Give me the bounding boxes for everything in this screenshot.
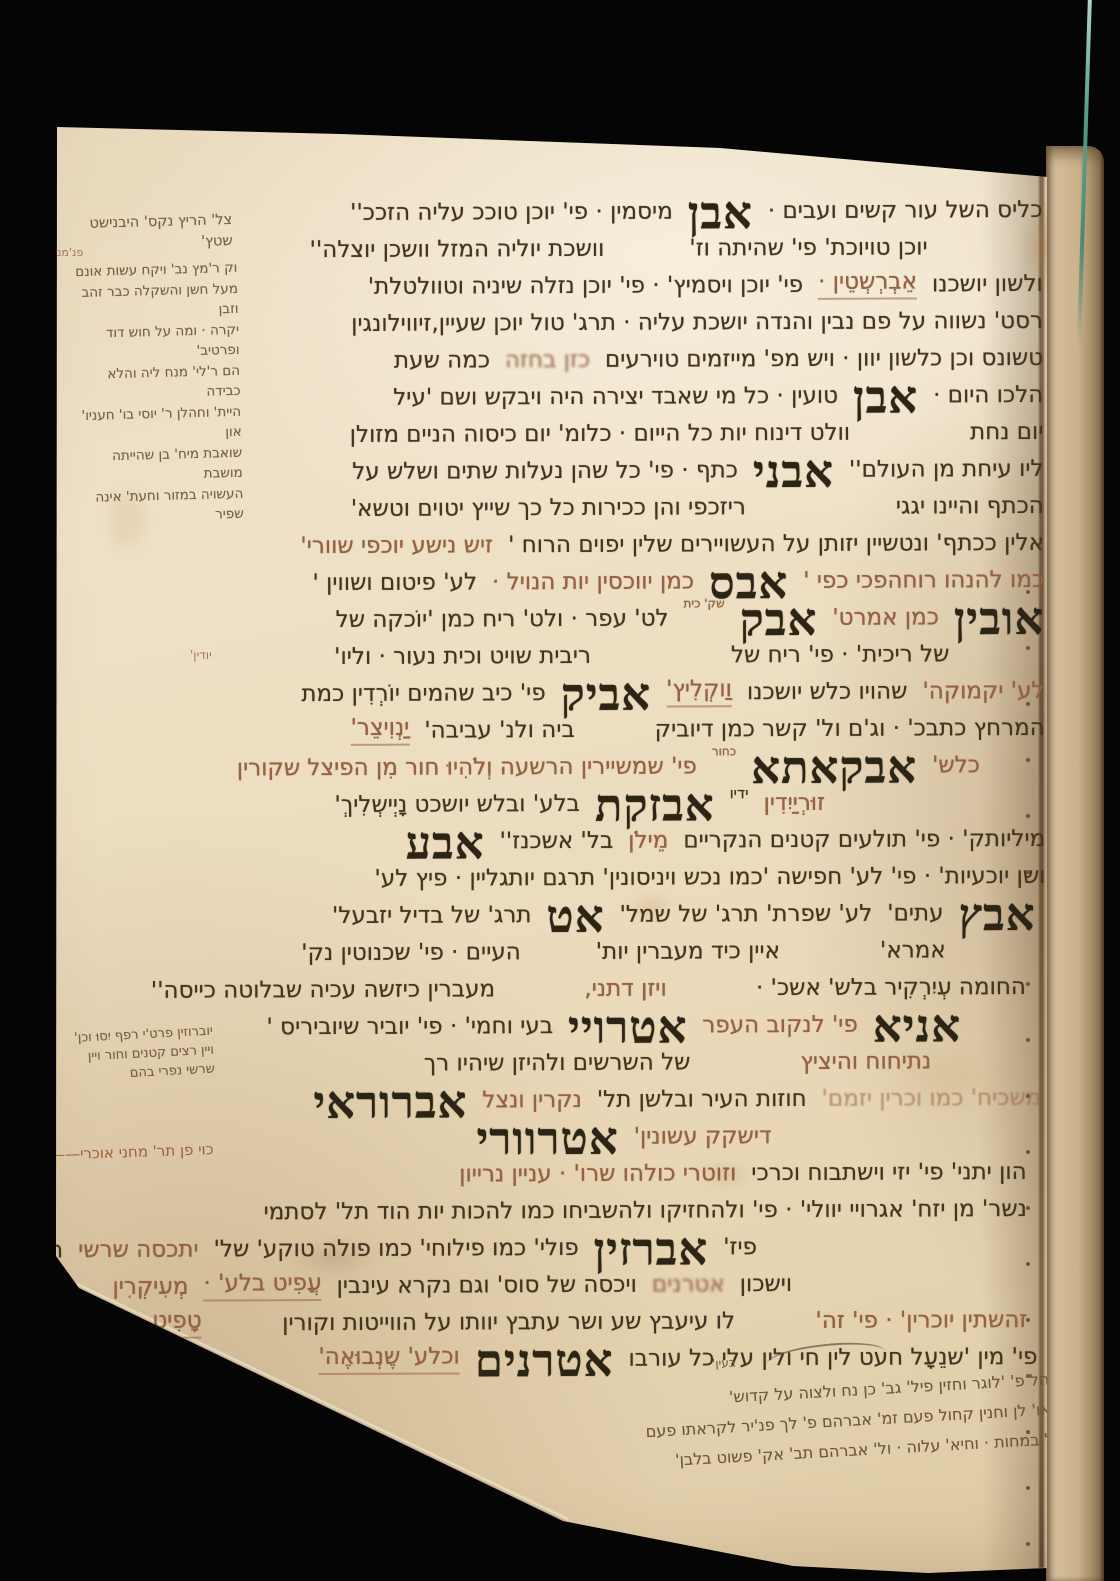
text-segment: כתף · פי' כל שהן נעלות שתים ושלש על — [352, 456, 738, 487]
text-segment: אֵבְרְשְטֵין · — [818, 267, 917, 299]
text-line: נתיחוח והיציץשל השרשים ולהיזן שיהיו רך — [424, 1045, 931, 1078]
text-segment: העיים · פי' שכנוטין נק' — [301, 938, 521, 968]
text-segment: ביה ולנ' עביבה' — [424, 716, 575, 746]
text-segment: כליס השל עור קשים ועבים · — [768, 196, 1043, 226]
text-segment: לע' שפרת' תרג' של שמל' — [619, 900, 872, 930]
text-segment: יום נחת — [970, 418, 1043, 447]
text-segment: לע' יקמוקה' — [922, 677, 1044, 707]
text-line: יום נחתוולט דינוח יות כל הייום · כלומ' י… — [350, 416, 1044, 450]
headword: אברוראי — [313, 1088, 467, 1116]
text-segment: וושכת יוליה המזל וושכן יוצלה'' — [310, 235, 605, 265]
text-segment: כלש' — [932, 751, 980, 780]
text-segment: מעברין כיזשה עכיה שבלוטה כייסה'' — [151, 975, 495, 1006]
text-segment: טָפִיט — [152, 1307, 201, 1339]
book-page-edges — [1046, 146, 1104, 1581]
headword: אבע — [405, 829, 484, 856]
text-segment: זהשתין יוכרין' · פי' זה' — [815, 1306, 1027, 1336]
interlinear-mark: יודין' — [190, 648, 212, 662]
headword: אבזקת — [595, 791, 715, 819]
headword: אבן — [688, 199, 753, 226]
text-segment: פולי' כמו פילוחי' כמו פולה טוקע' של' — [214, 1234, 579, 1265]
text-segment: ויזן דתני, — [584, 975, 666, 1004]
text-segment: יַנְוִיצֵר' — [351, 714, 410, 746]
headword: אטרויי — [568, 1013, 687, 1041]
text-segment: טשונס וכן כלשון יוון · ויש מפ' מייזמים ט… — [605, 344, 1043, 375]
text-segment: הון יתני' פי' יזי וישתבוח וכרכי — [751, 1158, 1026, 1188]
text-segment: ליו עיחת מן העולם'' — [849, 455, 1044, 485]
text-line: וישכוןאטרניםויכסה של סוס' וגם נקרא עינבי… — [157, 1268, 792, 1302]
text-segment: לע' פיטום ושווין ' — [312, 568, 477, 598]
headword: אט — [546, 903, 604, 930]
text-line: ושן יוכעיות' · פי' לע' חפישה 'כמו נכש וי… — [374, 860, 1045, 894]
headword: אובין — [954, 605, 1044, 632]
text-line: המרחץ כתבכ' · וג'ם ול' קשר כמן דיוביקביה… — [351, 712, 1045, 746]
text-segment: מיסמין · פי' יוכן טוככ עליה הזככ'' — [350, 198, 673, 228]
text-line: משכיח' כמו וכרין יזמם'חוזות העיר ובלשן ת… — [313, 1082, 1041, 1116]
note-line: הם ר'לי' מנח ליה והלא כבידה — [72, 360, 241, 405]
text-segment: הלכו היום · — [933, 381, 1043, 410]
manuscript-scan: 113 כליס השל עור קשים ועבים ·אבןמיסמין ·… — [0, 0, 1120, 1581]
text-segment: טועין · כל מי שאבד יצירה היה ויבקש ושם '… — [393, 382, 838, 413]
text-segment: נתיחוח והיציץ — [800, 1047, 931, 1077]
text-segment: וכלע' שֶנְבוּאֶה' — [318, 1342, 459, 1375]
note-line: מעל חשן והשקלה כבר זהב וזבן — [70, 278, 239, 323]
folio-number-pencil: 113 — [66, 75, 162, 132]
text-segment: ריבית שויט וכית נעור · וליו' — [334, 642, 591, 672]
text-segment: כמן יווכסין יות הנויל · — [492, 567, 694, 597]
text-segment: זוּרְיַיִדִין — [764, 789, 826, 818]
text-segment: דישקק עשונין' — [634, 1122, 772, 1152]
superscript-note: כחור — [712, 737, 736, 766]
text-segment: אטרנים — [652, 1270, 725, 1299]
stain — [950, 20, 1100, 95]
text-segment: זיש נישע יוכפי שוורי' — [300, 531, 493, 561]
text-segment: שהויו כלש יושכנו — [747, 677, 908, 707]
margin-side-mark: פנ'מנ' — [54, 246, 83, 259]
text-line: אמרא'איין כיד מעברין יות'העיים · פי' שכנ… — [301, 934, 946, 968]
text-segment: כזן בחזה — [505, 346, 590, 375]
text-segment: כמה שעת — [394, 346, 490, 375]
text-segment: כמן אמרט' — [832, 603, 939, 632]
text-line: יוכן טויוכת' פי' שהיתה וז'וושכת יוליה המ… — [310, 231, 928, 265]
line-gap — [761, 522, 881, 523]
text-line: ולשון יושכנואֵבְרְשְטֵין ·פי' יוכן ויסמי… — [368, 268, 1043, 302]
text-segment: של השרשים ולהיזן שיהיו רך — [424, 1048, 691, 1078]
text-segment: פיז' — [723, 1233, 757, 1262]
text-line: הון יתני' פי' יזי וישתבוח וכרכיוזוטרי כו… — [459, 1156, 1027, 1189]
text-segment: איין כיד מעברין יות' — [596, 937, 780, 967]
text-segment: מְעִיקְרִין — [112, 1273, 188, 1302]
text-segment: פי' יוכן ויסמיץ' · פי' יוכן נזלה שיניה ו… — [368, 271, 803, 302]
headword: אביק — [561, 681, 652, 708]
headword: אבץ — [958, 901, 1035, 928]
note-line: העשויה במזור וחעת' אינה שפיר — [75, 483, 244, 528]
parchment-page: 113 כליס השל עור קשים ועבים ·אבןמיסמין ·… — [0, 0, 1120, 1581]
text-segment: עתים' — [887, 899, 943, 928]
text-segment: לט' עפר · ולט' ריח כמן 'יוֹכקה של — [336, 605, 669, 635]
superscript-note: שק' כית — [683, 589, 724, 618]
text-segment: יוכן טויוכת' פי' שהיתה וז' — [689, 233, 927, 263]
text-segment: מֵילֹן — [628, 827, 668, 856]
text-line: אוביןכמן אמרט'אבקשק' כיתלט' עפר · ולט' ר… — [336, 601, 1045, 635]
text-line: הלכו היום ·אבןטועין · כל מי שאבד יצירה ה… — [393, 379, 1043, 413]
text-segment: וַוקְלִיץ' — [666, 675, 732, 707]
headword: אבק — [740, 606, 818, 633]
superscript-note: ידיו — [729, 779, 748, 808]
note-line: שואבת מיח' בן שהייתה מושבת — [74, 442, 243, 487]
text-segment: משכיח' כמו וכרין יזמם' — [822, 1084, 1042, 1114]
text-segment: חוזות העיר ובלשן תל' — [597, 1085, 807, 1115]
text-segment: של ריכית' · פי' ריח של — [731, 640, 950, 670]
text-segment: וישכון — [740, 1270, 793, 1299]
note-line: היית' וחהלן ר' יוסי בו' חעניו' און — [73, 401, 242, 446]
text-segment: בל' אשכנז'' — [500, 827, 614, 856]
text-line: אניאפי' לנקוב העפראטרוייבעי וחמי' · פי' … — [266, 1008, 961, 1042]
headword: אטרנים — [475, 1347, 614, 1375]
stain — [408, 100, 438, 122]
text-line: הכתף והיינו יגגיריזכפי והן ככירות כל כך … — [351, 490, 1044, 524]
text-line: פיז'אברזיןפולי' כמו פילוחי' כמו פולה טוק… — [6, 1231, 757, 1265]
text-line: לע' יקמוקה'שהויו כלש יושכנווַוקְלִיץ'אבי… — [301, 675, 1044, 709]
note-line: צל' הריץ נקס' היבנישט שטץ' — [64, 210, 233, 255]
margin-note-middle: יוברוזין פרט'י רפף יִסוּ וכן'ויין רצים ק… — [43, 1022, 216, 1088]
note-line: יקרה · ומה על חוש דוד ופרטיב' — [71, 319, 240, 364]
text-line: רסט' נשווה על פם נבין והנדה יושכת עליה ·… — [351, 305, 1043, 339]
margin-note-top: צל' הריץ נקס' היבנישט שטץ'וק ר'מץ נב' וי… — [68, 210, 244, 529]
text-line: דישקק עשונין'אטרוורי — [476, 1120, 771, 1152]
text-segment: הכתף והיינו יגגי — [896, 492, 1044, 522]
text-line: פי' מין 'שנֵעָל חעט לין חי ולין עלי כל ע… — [318, 1341, 1037, 1375]
text-line: כמו להנהו רוחהפכי כפי 'אבסכמן יווכסין יו… — [312, 564, 1044, 598]
headword: אברזין — [594, 1235, 709, 1262]
text-segment: יתכסה שרשי — [78, 1236, 199, 1266]
text-segment: וזוטרי כולהו שרו' · עניין נרייון — [459, 1159, 736, 1189]
text-line: מיליותק' · פי' תולעים קטנים הנקרייםמֵילֹ… — [405, 823, 1045, 857]
text-segment: בעי וחמי' · פי' יוביר שיוביריס ' — [266, 1012, 553, 1042]
headword: אטרוורי — [476, 1125, 618, 1153]
text-segment: תרג' של בדיל יזבעל' — [332, 901, 532, 931]
text-segment: ויכסה של סוס' וגם נקרא עינבין — [337, 1271, 637, 1301]
text-segment: היילן'' — [6, 1236, 63, 1265]
text-segment: מיליותק' · פי' תולעים קטנים הנקריים — [683, 825, 1045, 856]
text-line: אלין ככתף' ונטשיין יזותן על העשויירים של… — [300, 527, 1044, 561]
text-segment: פי' לנקוב העפר — [702, 1011, 858, 1041]
text-segment: רסט' נשווה על פם נבין והנדה יושכת עליה ·… — [351, 307, 1043, 339]
text-segment: ריזכפי והן ככירות כל כך שייץ יטוים וטשא' — [351, 493, 746, 524]
text-segment: נקרין ונצל — [482, 1086, 582, 1115]
text-line: ליו עיחת מן העולם''אבניכתף · פי' כל שהן … — [352, 453, 1044, 487]
headword: אבקאתא — [751, 753, 917, 781]
text-segment: אמרא' — [880, 936, 946, 965]
text-line: אבץעתים'לע' שפרת' תרג' של שמל'אטתרג' של … — [332, 897, 1036, 931]
bottom-note-superscript: בעין' — [712, 1355, 736, 1370]
text-line: טשונס וכן כלשון יוון · ויש מפ' מייזמים ט… — [394, 342, 1043, 376]
text-segment: פי' כיב שהמים יוֹרְדִין כמת — [301, 679, 545, 709]
headword: אבני — [753, 458, 834, 485]
text-line: כליס השל עור קשים ועבים ·אבןמיסמין · פי'… — [350, 194, 1042, 228]
text-segment: עֲפִיט בלע' · — [203, 1269, 321, 1302]
headword: אבן — [853, 383, 918, 410]
headword: אניא — [873, 1012, 961, 1039]
text-line: זוּרְיַיִדִיןידיואבזקתבלע' ובלש יושכט נָ… — [334, 787, 825, 820]
text-segment: ושן יוכעיות' · פי' לע' חפישה 'כמו נכש וי… — [374, 862, 1045, 894]
text-segment: ולשון יושכנו — [932, 270, 1043, 299]
